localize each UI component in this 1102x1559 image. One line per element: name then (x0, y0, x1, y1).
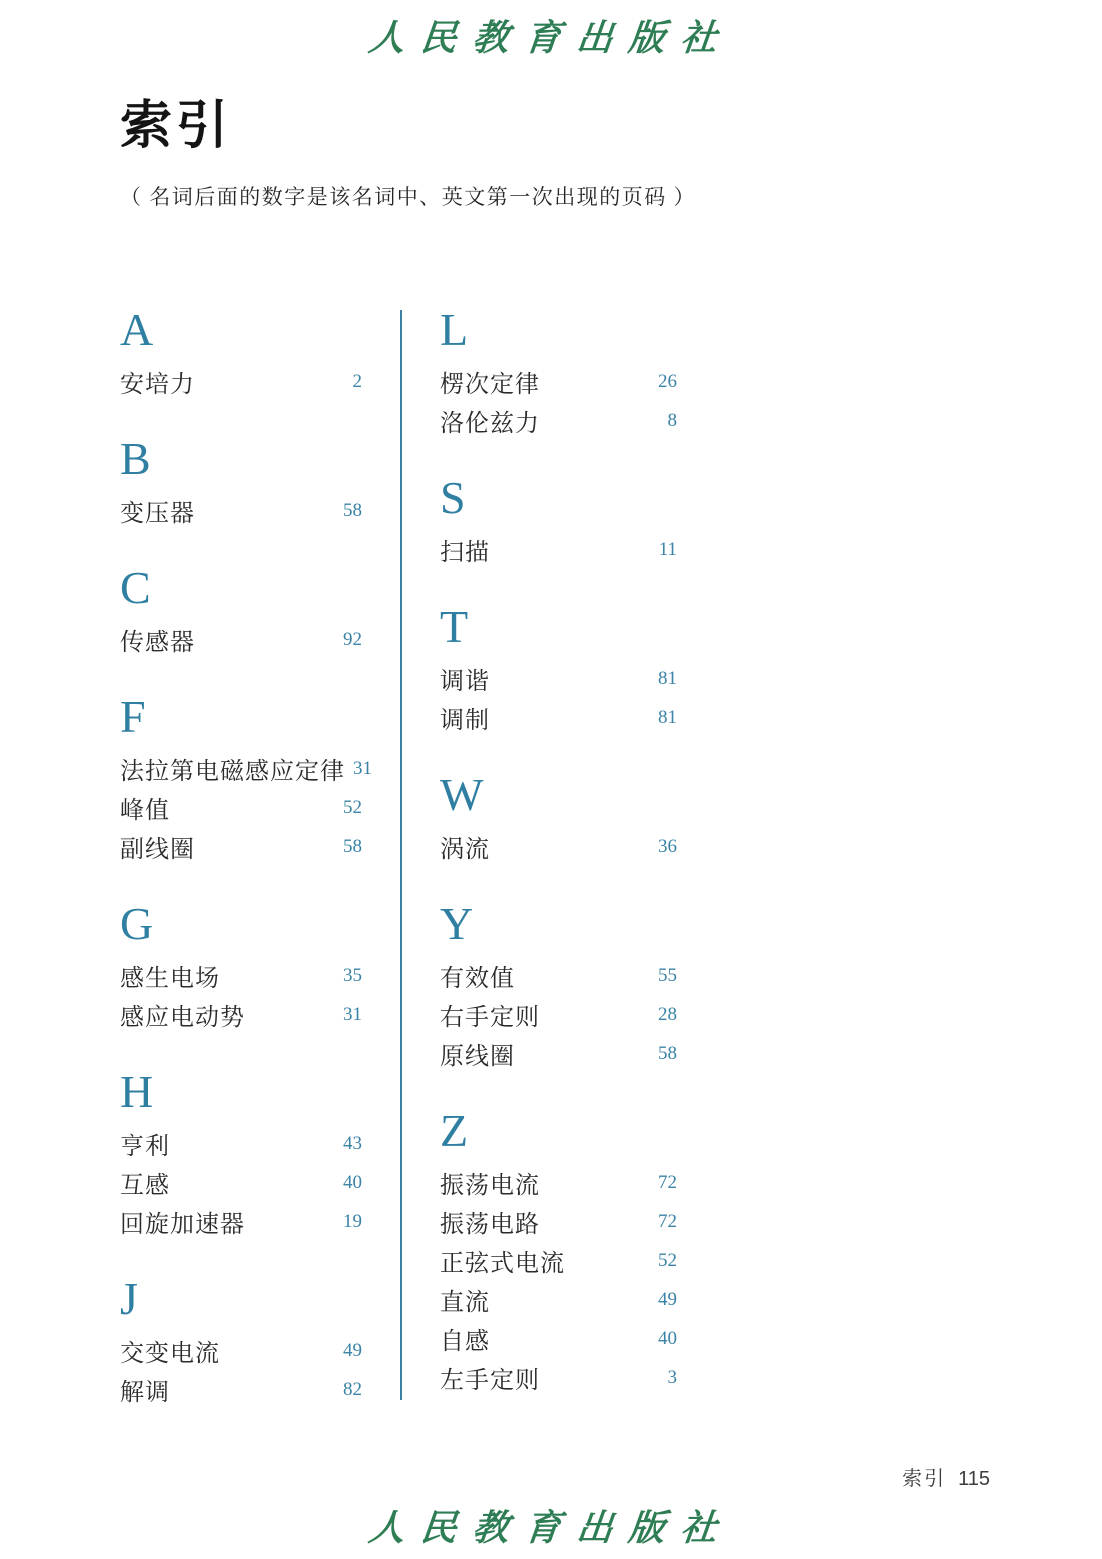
entry-page-number: 58 (335, 836, 362, 858)
section-letter: A (120, 308, 362, 352)
entry-term: 传感器 (120, 622, 195, 657)
index-entry: 感应电动势31 (120, 995, 362, 1034)
entry-page-number: 72 (650, 1211, 677, 1233)
index-entry: 左手定则3 (440, 1358, 677, 1397)
index-entry: 安培力2 (120, 362, 362, 401)
entry-page-number: 52 (335, 797, 362, 819)
page-footer: 索引115 (902, 1462, 990, 1491)
index-entry: 正弦式电流52 (440, 1241, 677, 1280)
index-entry: 原线圈58 (440, 1034, 677, 1073)
index-entry: 副线圈58 (120, 827, 362, 866)
index-entry: 振荡电路72 (440, 1202, 677, 1241)
entry-term: 左手定则 (440, 1360, 540, 1395)
index-entry: 交变电流49 (120, 1331, 362, 1370)
index-section-S: S扫描11 (440, 476, 677, 569)
entry-term: 有效值 (440, 958, 515, 993)
index-section-H: H亨利43互感40回旋加速器19 (120, 1070, 362, 1241)
entry-page-number: 81 (650, 668, 677, 690)
index-entry: 调制81 (440, 698, 677, 737)
entry-term: 直流 (440, 1282, 490, 1317)
entry-term: 感生电场 (120, 958, 220, 993)
entry-term: 感应电动势 (120, 997, 245, 1032)
index-section-A: A安培力2 (120, 308, 362, 401)
index-section-L: L楞次定律26洛伦兹力8 (440, 308, 677, 440)
publisher-logo-bottom: 人民教育出版社 (0, 1500, 1102, 1551)
index-entry: 调谐81 (440, 659, 677, 698)
page-title: 索引 (120, 96, 232, 156)
entry-page-number: 58 (335, 500, 362, 522)
entry-page-number: 72 (650, 1172, 677, 1194)
footer-page-number: 115 (958, 1468, 990, 1490)
entry-page-number: 43 (335, 1133, 362, 1155)
entry-page-number: 81 (650, 707, 677, 729)
index-section-W: W涡流36 (440, 773, 677, 866)
section-letter: T (440, 605, 677, 649)
index-entry: 传感器92 (120, 620, 362, 659)
entry-term: 峰值 (120, 790, 170, 825)
entry-page-number: 11 (651, 539, 677, 561)
entry-term: 扫描 (440, 532, 490, 567)
section-letter: B (120, 437, 362, 481)
index-entry: 直流49 (440, 1280, 677, 1319)
index-entry: 变压器58 (120, 491, 362, 530)
index-entry: 振荡电流72 (440, 1163, 677, 1202)
index-section-G: G感生电场35感应电动势31 (120, 902, 362, 1034)
entry-term: 洛伦兹力 (440, 403, 540, 438)
entry-page-number: 55 (650, 965, 677, 987)
section-letter: C (120, 566, 362, 610)
section-letter: H (120, 1070, 362, 1114)
index-entry: 自感40 (440, 1319, 677, 1358)
entry-term: 调制 (440, 700, 490, 735)
index-entry: 亨利43 (120, 1124, 362, 1163)
entry-page-number: 8 (660, 410, 678, 432)
index-entry: 回旋加速器19 (120, 1202, 362, 1241)
index-column-right: L楞次定律26洛伦兹力8S扫描11T调谐81调制81W涡流36Y有效值55右手定… (440, 308, 677, 1433)
entry-term: 交变电流 (120, 1333, 220, 1368)
section-letter: W (440, 773, 677, 817)
section-letter: Y (440, 902, 677, 946)
entry-term: 楞次定律 (440, 364, 540, 399)
entry-page-number: 28 (650, 1004, 677, 1026)
entry-term: 调谐 (440, 661, 490, 696)
section-letter: S (440, 476, 677, 520)
index-section-T: T调谐81调制81 (440, 605, 677, 737)
index-entry: 涡流36 (440, 827, 677, 866)
entry-page-number: 40 (335, 1172, 362, 1194)
entry-page-number: 3 (660, 1367, 678, 1389)
index-entry: 有效值55 (440, 956, 677, 995)
index-entry: 互感40 (120, 1163, 362, 1202)
index-entry: 楞次定律26 (440, 362, 677, 401)
section-letter: L (440, 308, 677, 352)
index-entry: 峰值52 (120, 788, 362, 827)
entry-page-number: 49 (650, 1289, 677, 1311)
index-entry: 扫描11 (440, 530, 677, 569)
page-subtitle: （ 名词后面的数字是该名词中、英文第一次出现的页码 ） (120, 182, 696, 212)
entry-page-number: 36 (650, 836, 677, 858)
entry-term: 安培力 (120, 364, 195, 399)
entry-page-number: 2 (345, 371, 363, 393)
entry-page-number: 31 (335, 1004, 362, 1026)
entry-page-number: 31 (345, 758, 372, 780)
entry-term: 右手定则 (440, 997, 540, 1032)
entry-term: 法拉第电磁感应定律 (120, 751, 345, 786)
footer-section-label: 索引 (902, 1468, 946, 1490)
index-entry: 解调82 (120, 1370, 362, 1409)
entry-term: 振荡电路 (440, 1204, 540, 1239)
index-section-J: J交变电流49解调82 (120, 1277, 362, 1409)
entry-term: 副线圈 (120, 829, 195, 864)
publisher-logo-top: 人民教育出版社 (0, 10, 1102, 61)
entry-page-number: 58 (650, 1043, 677, 1065)
entry-page-number: 49 (335, 1340, 362, 1362)
entry-page-number: 26 (650, 371, 677, 393)
index-column-left: A安培力2B变压器58C传感器92F法拉第电磁感应定律31峰值52副线圈58G感… (120, 308, 362, 1445)
entry-page-number: 19 (335, 1211, 362, 1233)
entry-page-number: 52 (650, 1250, 677, 1272)
entry-page-number: 82 (335, 1379, 362, 1401)
entry-term: 解调 (120, 1372, 170, 1407)
section-letter: Z (440, 1109, 677, 1153)
entry-term: 正弦式电流 (440, 1243, 565, 1278)
index-entry: 感生电场35 (120, 956, 362, 995)
index-section-Z: Z振荡电流72振荡电路72正弦式电流52直流49自感40左手定则3 (440, 1109, 677, 1397)
column-divider (400, 310, 402, 1400)
entry-term: 涡流 (440, 829, 490, 864)
index-section-Y: Y有效值55右手定则28原线圈58 (440, 902, 677, 1073)
index-section-B: B变压器58 (120, 437, 362, 530)
entry-term: 原线圈 (440, 1036, 515, 1071)
section-letter: F (120, 695, 362, 739)
index-page: 人民教育出版社 索引 （ 名词后面的数字是该名词中、英文第一次出现的页码 ） A… (0, 0, 1102, 1559)
index-entry: 洛伦兹力8 (440, 401, 677, 440)
index-entry: 法拉第电磁感应定律31 (120, 749, 362, 788)
entry-term: 变压器 (120, 493, 195, 528)
entry-term: 振荡电流 (440, 1165, 540, 1200)
entry-page-number: 92 (335, 629, 362, 651)
entry-term: 自感 (440, 1321, 490, 1356)
section-letter: G (120, 902, 362, 946)
entry-page-number: 35 (335, 965, 362, 987)
index-entry: 右手定则28 (440, 995, 677, 1034)
entry-term: 回旋加速器 (120, 1204, 245, 1239)
entry-page-number: 40 (650, 1328, 677, 1350)
index-section-C: C传感器92 (120, 566, 362, 659)
index-section-F: F法拉第电磁感应定律31峰值52副线圈58 (120, 695, 362, 866)
entry-term: 亨利 (120, 1126, 170, 1161)
entry-term: 互感 (120, 1165, 170, 1200)
section-letter: J (120, 1277, 362, 1321)
